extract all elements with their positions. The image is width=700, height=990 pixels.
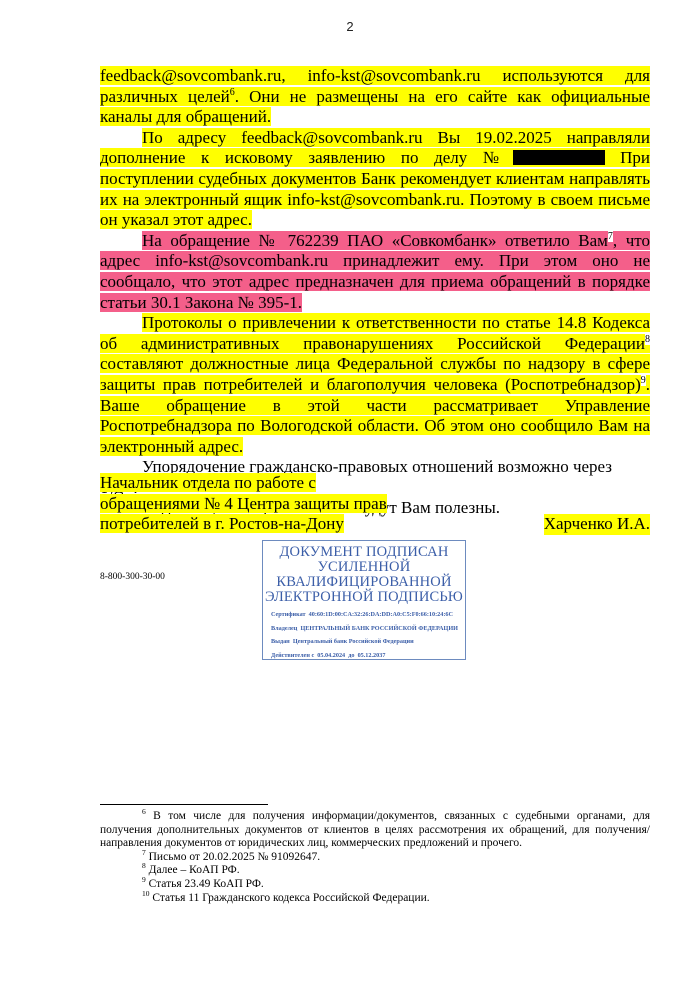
label: Выдан	[271, 638, 290, 645]
footnotes: 6 В том числе для получения информации/д…	[100, 810, 650, 905]
paragraph-appeal-response: На обращение № 762239 ПАО «Совкомбанк» о…	[100, 231, 650, 313]
value: ЦЕНТРАЛЬНЫЙ БАНК РОССИЙСКОЙ ФЕДЕРАЦИИ	[300, 625, 458, 632]
footnote-number: 7	[142, 848, 146, 857]
highlighted-text: По адресу feedback@sovcombank.ru Вы 19.0…	[100, 128, 650, 229]
footnote-6: 6 В том числе для получения информации/д…	[100, 810, 650, 851]
highlighted-text-pink: На обращение № 762239 ПАО «Совкомбанк» о…	[100, 231, 650, 312]
footnote-ref-8[interactable]: 8	[645, 334, 650, 345]
signer-position-line: Начальник отдела по работе с	[100, 473, 316, 492]
contact-phone: 8-800-300-30-00	[100, 572, 165, 582]
paragraph-protocols: Протоколы о привлечении к ответственност…	[100, 313, 650, 457]
text: составляют должностные лица Федеральной …	[100, 354, 650, 394]
stamp-title-line: КВАЛИФИЦИРОВАННОЙ	[263, 575, 465, 590]
footnote-text: Статья 11 Гражданского кодекса Российско…	[152, 892, 429, 904]
text: На обращение № 762239 ПАО «Совкомбанк» о…	[142, 231, 608, 250]
paragraph-feedback-address: По адресу feedback@sovcombank.ru Вы 19.0…	[100, 128, 650, 231]
label: Владелец	[271, 625, 297, 632]
signer-position-line: потребителей в г. Ростов-на-Дону	[100, 514, 344, 533]
footnote-10: 10 Статья 11 Гражданского кодекса Россий…	[100, 892, 650, 906]
footnote-number: 6	[142, 807, 146, 816]
footnote-7: 7 Письмо от 20.02.2025 № 91092647.	[100, 851, 650, 865]
paragraph-email-usage: feedback@sovcombank.ru, info-kst@sovcomb…	[100, 66, 650, 128]
footnote-number: 8	[142, 861, 146, 870]
stamp-certificate: Сертификат 40:60:1D:00:CA:32:26:DA:DD:A0…	[271, 611, 465, 618]
footnote-text: В том числе для получения информации/док…	[100, 810, 650, 849]
stamp-issuer: Выдан Центральный банк Российской Федера…	[271, 638, 465, 645]
footnote-text: Письмо от 20.02.2025 № 91092647.	[149, 851, 321, 863]
redacted-case-number	[513, 150, 605, 165]
label: Сертификат	[271, 611, 306, 618]
stamp-title-line: УСИЛЕННОЙ	[263, 560, 465, 575]
footnote-text: Статья 23.49 КоАП РФ.	[149, 878, 264, 890]
label: Действителен с	[271, 652, 314, 659]
footnote-number: 10	[142, 889, 150, 898]
signer-name: Харченко И.А.	[544, 514, 650, 535]
footnote-separator	[100, 804, 268, 805]
letter-body: feedback@sovcombank.ru, info-kst@sovcomb…	[100, 66, 650, 519]
highlighted-text: feedback@sovcombank.ru, info-kst@sovcomb…	[100, 66, 650, 126]
stamp-validity: Действителен с 05.04.2024 до 05.12.2037	[271, 652, 465, 659]
value: 05.12.2037	[358, 652, 386, 659]
stamp-title-line: ДОКУМЕНТ ПОДПИСАН	[263, 545, 465, 560]
electronic-signature-stamp: ДОКУМЕНТ ПОДПИСАН УСИЛЕННОЙ КВАЛИФИЦИРОВ…	[262, 540, 466, 660]
stamp-owner: Владелец ЦЕНТРАЛЬНЫЙ БАНК РОССИЙСКОЙ ФЕД…	[271, 625, 465, 632]
highlighted-text: Протоколы о привлечении к ответственност…	[100, 313, 650, 456]
footnote-8: 8 Далее – КоАП РФ.	[100, 864, 650, 878]
label: до	[348, 652, 354, 659]
footnote-text: Далее – КоАП РФ.	[149, 864, 240, 876]
footnote-9: 9 Статья 23.49 КоАП РФ.	[100, 878, 650, 892]
value: 40:60:1D:00:CA:32:26:DA:DD:A0:C5:F0:66:1…	[309, 611, 453, 618]
stamp-title-line: ЭЛЕКТРОННОЙ ПОДПИСЬЮ	[263, 590, 465, 605]
text: Протоколы о привлечении к ответственност…	[100, 313, 650, 353]
signer-position-line: обращениями № 4 Центра защиты прав	[100, 494, 387, 513]
signature-block: Начальник отдела по работе с обращениями…	[100, 473, 650, 535]
stamp-title: ДОКУМЕНТ ПОДПИСАН УСИЛЕННОЙ КВАЛИФИЦИРОВ…	[263, 545, 465, 605]
value: Центральный банк Российской Федерации	[293, 638, 414, 645]
footnote-number: 9	[142, 875, 146, 884]
value: 05.04.2024	[317, 652, 345, 659]
page-number: 2	[0, 19, 700, 34]
